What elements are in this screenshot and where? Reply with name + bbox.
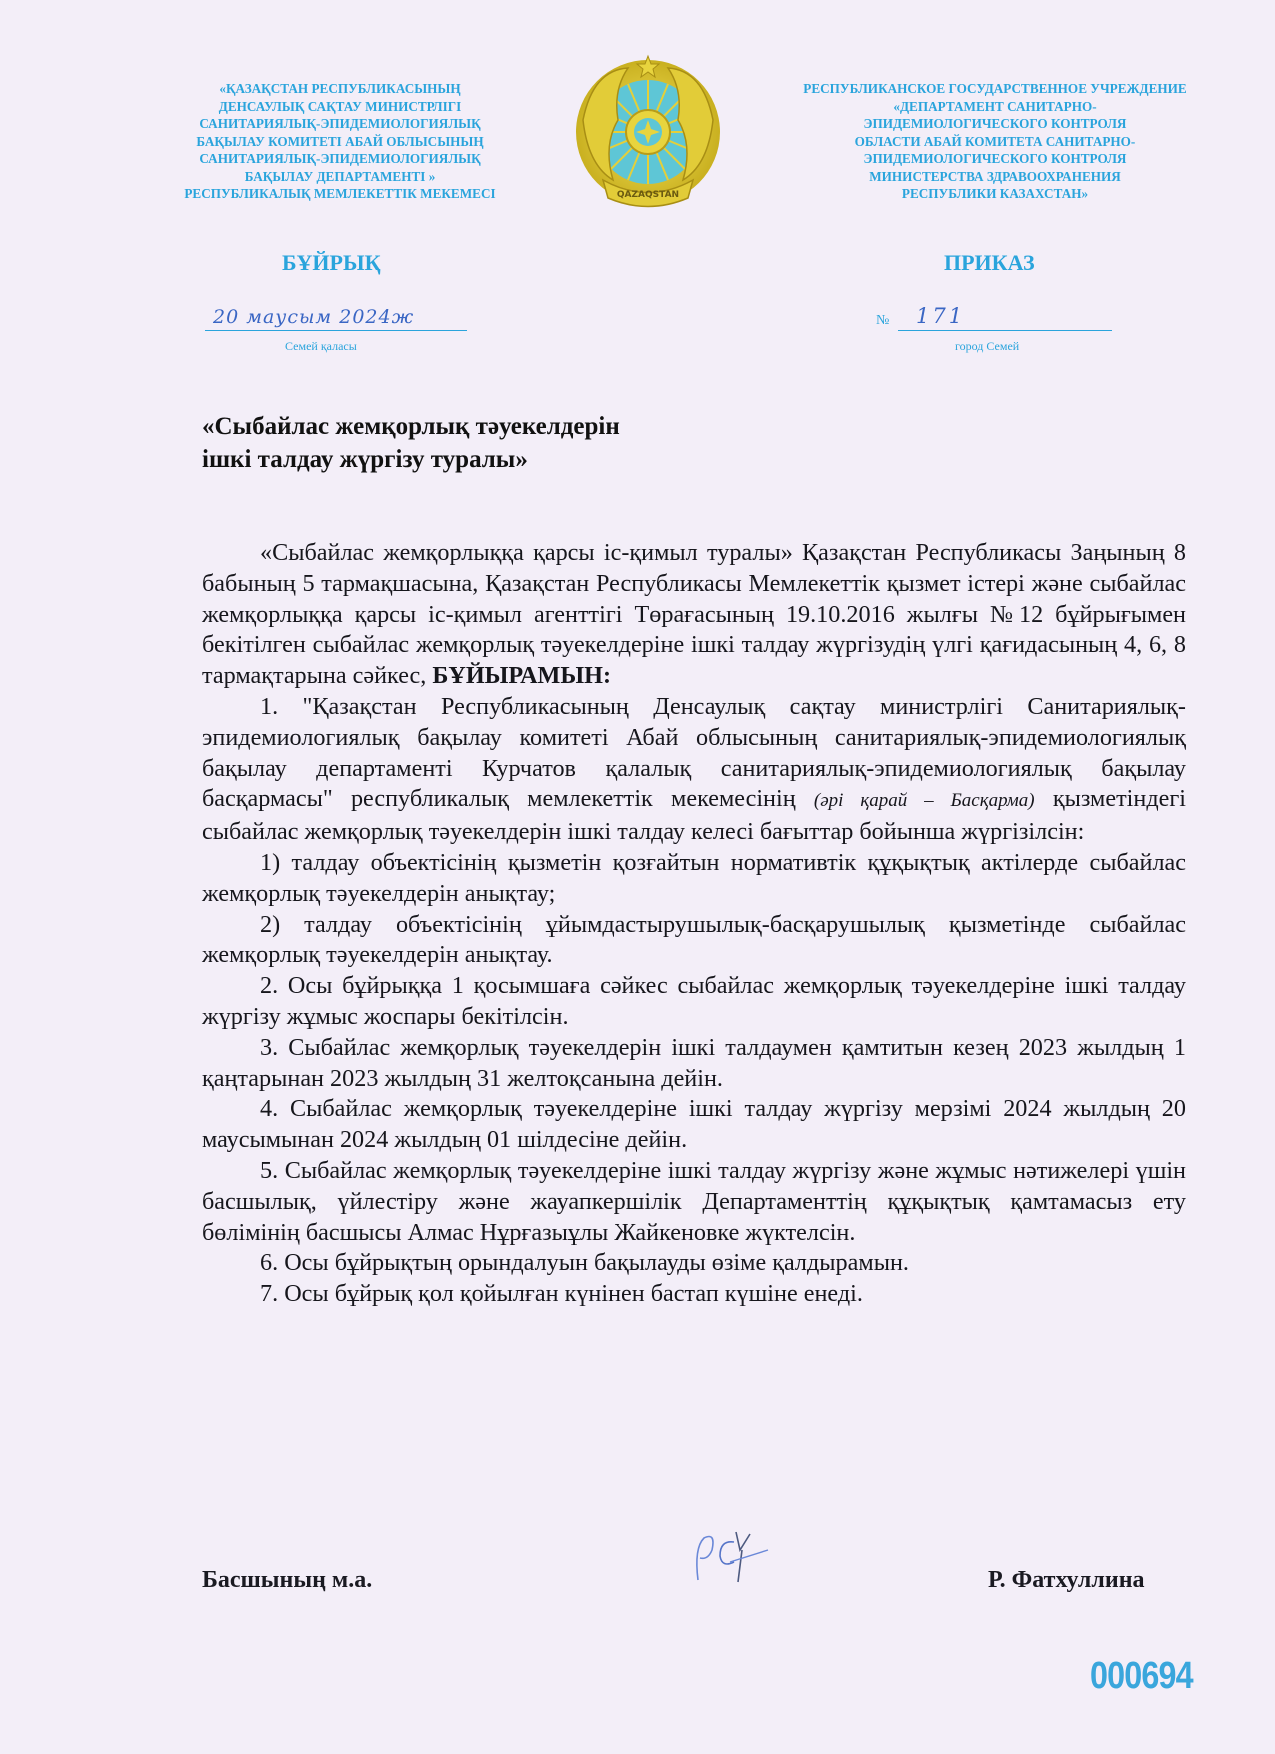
header-ru-line: ЭПИДЕМИОЛОГИЧЕСКОГО КОНТРОЛЯ: [770, 150, 1220, 168]
header-ru-line: ОБЛАСТИ АБАЙ КОМИТЕТА САНИТАРНО-: [770, 133, 1220, 151]
header-ru-line: ЭПИДЕМИОЛОГИЧЕСКОГО КОНТРОЛЯ: [770, 115, 1220, 133]
header-ru-line: МИНИСТЕРСТВА ЗДРАВООХРАНЕНИЯ: [770, 168, 1220, 186]
header-kz-line: БАҚЫЛАУ ДЕПАРТАМЕНТІ »: [150, 168, 530, 186]
item-4: 4. Сыбайлас жемқорлық тәуекелдеріне ішкі…: [202, 1094, 1186, 1156]
city-kz: Семей қаласы: [285, 339, 357, 354]
header-kz-line: САНИТАРИЯЛЫҚ-ЭПИДЕМИОЛОГИЯЛЫҚ: [150, 115, 530, 133]
header-ru-line: РЕСПУБЛИКИ КАЗАХСТАН»: [770, 185, 1220, 203]
title-line: ішкі талдау жүргізу туралы»: [202, 443, 620, 476]
preamble-text: «Сыбайлас жемқорлыққа қарсы іс-қимыл тур…: [202, 539, 1186, 689]
signature-scribble-icon: [690, 1528, 780, 1588]
doc-type-kz: БҰЙРЫҚ: [282, 250, 381, 276]
state-emblem-icon: QAZAQSTAN: [573, 50, 723, 215]
title-line: «Сыбайлас жемқорлық тәуекелдерін: [202, 410, 620, 443]
document-title: «Сыбайлас жемқорлық тәуекелдерін ішкі та…: [202, 410, 620, 476]
item-5: 5. Сыбайлас жемқорлық тәуекелдеріне ішкі…: [202, 1156, 1186, 1248]
header-kz-line: БАҚЫЛАУ КОМИТЕТІ АБАЙ ОБЛЫСЫНЫҢ: [150, 133, 530, 151]
document-body: «Сыбайлас жемқорлыққа қарсы іс-қимыл тур…: [202, 538, 1186, 1310]
preamble-paragraph: «Сыбайлас жемқорлыққа қарсы іс-қимыл тур…: [202, 538, 1186, 692]
header-org-kz: «ҚАЗАҚСТАН РЕСПУБЛИКАСЫНЫҢ ДЕНСАУЛЫҚ САҚ…: [150, 80, 530, 203]
header-kz-line: «ҚАЗАҚСТАН РЕСПУБЛИКАСЫНЫҢ: [150, 80, 530, 98]
header-kz-line: САНИТАРИЯЛЫҚ-ЭПИДЕМИОЛОГИЯЛЫҚ: [150, 150, 530, 168]
city-ru: город Семей: [955, 339, 1019, 354]
handwritten-number: 171: [916, 304, 965, 328]
subitem-2: 2) талдау объектісінің ұйымдастырушылық-…: [202, 910, 1186, 972]
item-6: 6. Осы бұйрықтың орындалуын бақылауды өз…: [202, 1248, 1186, 1279]
number-field: 171: [898, 308, 1112, 331]
signatory-name: Р. Фатхуллина: [988, 1567, 1145, 1594]
subitem-1: 1) талдау объектісінің қызметін қозғайты…: [202, 848, 1186, 910]
header-ru-line: РЕСПУБЛИКАНСКОЕ ГОСУДАРСТВЕННОЕ УЧРЕЖДЕН…: [770, 80, 1220, 98]
item-3: 3. Сыбайлас жемқорлық тәуекелдерін ішкі …: [202, 1033, 1186, 1095]
date-field: 20 маусым 2024ж: [205, 308, 467, 331]
header-org-ru: РЕСПУБЛИКАНСКОЕ ГОСУДАРСТВЕННОЕ УЧРЕЖДЕН…: [770, 80, 1220, 203]
doc-type-ru: ПРИКАЗ: [944, 250, 1035, 276]
serial-number: 000694: [1090, 1655, 1193, 1698]
signatory-position: Басшының м.а.: [202, 1567, 372, 1594]
item-1-text: 1. "Қазақстан Республикасының Денсаулық …: [202, 693, 1186, 812]
header-kz-line: РЕСПУБЛИКАЛЫҚ МЕМЛЕКЕТТІК МЕКЕМЕСІ: [150, 185, 530, 203]
order-word: БҰЙЫРАМЫН:: [432, 662, 611, 689]
svg-text:QAZAQSTAN: QAZAQSTAN: [617, 190, 679, 200]
item-1: 1. "Қазақстан Республикасының Денсаулық …: [202, 692, 1186, 848]
header-kz-line: ДЕНСАУЛЫҚ САҚТАУ МИНИСТРЛІГІ: [150, 98, 530, 116]
number-label: №: [876, 313, 889, 329]
item-1-reference: (әрі қарай – Басқарма): [814, 790, 1035, 811]
item-2: 2. Осы бұйрыққа 1 қосымшаға сәйкес сыбай…: [202, 971, 1186, 1033]
item-7: 7. Осы бұйрық қол қойылған күнінен баста…: [202, 1279, 1186, 1310]
handwritten-date: 20 маусым 2024ж: [213, 306, 414, 328]
header-ru-line: «ДЕПАРТАМЕНТ САНИТАРНО-: [770, 98, 1220, 116]
